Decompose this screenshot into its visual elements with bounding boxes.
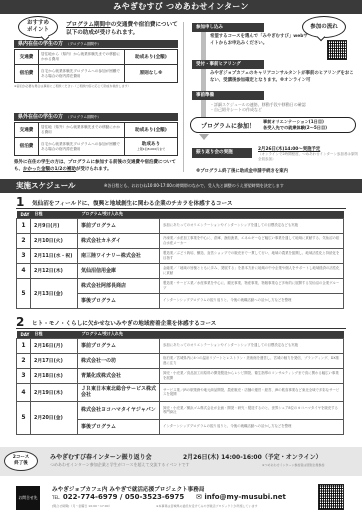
grant-value-note: 上限1泊8,000円まで xyxy=(127,147,175,152)
flow-step-prep: 事前準備 xyxy=(192,91,264,100)
review-banner-title: みやぎむすび春インターン振り返り会 xyxy=(50,452,152,461)
grant-desc: 自宅から就業体験先プログラムへの参加が困難である場合の宿内滞在費用 xyxy=(39,138,125,156)
in-pref-table: 交通費 居住地から（県内）から就業体験先までの移動にかかる費用 助成あり(全額)… xyxy=(14,49,178,83)
col-day: DAY xyxy=(17,331,31,338)
cell-date: 2月20日(金) xyxy=(31,401,78,434)
cell-day: 2 xyxy=(17,353,31,368)
cell-desc: 参加にあたってのオリエンテーションやインターンシップを通しての目標設定なども実施 xyxy=(160,338,344,353)
grant-key: 交通費 xyxy=(15,50,39,65)
course-2-title: 2 ヒト・モノ・くらしに欠かせないみやぎの地域密着企業を体感するコース xyxy=(16,317,346,329)
course-end-cloud: 2コース 終了後 xyxy=(4,451,38,471)
cell-program: 事後プログラム xyxy=(78,419,160,434)
cell-day: 1 xyxy=(17,338,31,353)
cell-day: 3 xyxy=(17,248,31,263)
flow-step-hearing: 受付・事前ヒアリング xyxy=(192,60,264,69)
table-row: 宿泊費 自宅から就業体験先プログラムへの参加が困難である場合の宿内滞在費用 原則… xyxy=(15,65,178,83)
cell-desc: 冷凍業／水産加工事業を中心に、倉庫、漁船漁業、エネルギーなど幅広い事業を通して地… xyxy=(160,233,344,248)
contact-mail[interactable]: ✉ info@my-musubi.net xyxy=(196,493,286,501)
page-header-title: みやぎむすび つめあわせインターン xyxy=(0,0,362,14)
contact-tel[interactable]: TEL. 022-774-6979 / 050-3523-6975 xyxy=(52,493,184,501)
cell-desc: 参加にあたってのオリエンテーションやインターンシップを通しての目標設定なども実施 xyxy=(160,218,344,233)
table-row: 3 2月18日(水) 青葉化成株式会社 卸売・小売業／食品加工用原料の開発製造か… xyxy=(17,368,344,383)
table-row: 2 2月10日(火) 株式会社カネダイ 冷凍業／水産加工事業を中心に、倉庫、漁船… xyxy=(17,233,344,248)
contact-org: みやぎジョブカフェ内 みやぎで就活応援プロジェクト事務局 xyxy=(52,485,204,493)
cell-desc: インターンシッププログラムの振り返りと、今後の就職活動への活かし方などを整理 xyxy=(160,419,344,434)
cell-program: 南三陸ワイナリー株式会社 xyxy=(78,248,160,263)
cell-program: 株式会社一の坊 xyxy=(78,353,160,368)
cell-date: 2月10日(火) xyxy=(31,233,78,248)
col-desc xyxy=(160,331,344,338)
table-row: 4 2月12日(木) 気仙沼信用金庫 金融業／「地域の皆様とともに歩み、発展する… xyxy=(17,263,344,278)
cell-program: 株式会社カネダイ xyxy=(78,233,160,248)
table-row: 4 2月19日(木) ＪＲ東日本東北総合サービス株式会社 サービス業／JRの駅業… xyxy=(17,383,344,401)
table-row: 交通費 居住地から（県内）から就業体験先までの移動にかかる費用 助成あり(全額) xyxy=(15,50,178,65)
table-row: 1 2月16日(月) 事前プログラム 参加にあたってのオリエンテーションやインタ… xyxy=(17,338,344,353)
cell-desc: 製造業／ぶどう栽培、醸造、直営ショップでの販売まで一貫して行い、地域の農業を振興… xyxy=(160,248,344,263)
out-pref-table: 交通費 居住地（県外）から就業体験先までの移動にかかる費用 助成あり(全額) 宿… xyxy=(14,122,178,156)
grant-key: 宿泊費 xyxy=(15,138,39,156)
cell-desc: 卸売・小売業／横浜ゴム株式会社が企画・開発・研究・製造するのと、世界シェア8位の… xyxy=(160,401,344,419)
flow-step-review: 振り返り会の実施 xyxy=(192,148,252,158)
cell-date: 2月11日(水・祝) xyxy=(31,248,78,263)
cell-date: 2月19日(木) xyxy=(31,383,78,401)
grant-value: 助成あり上限1泊8,000円まで xyxy=(125,138,178,156)
table-header-row: DAY 日程 プログラム/受け入れ先 xyxy=(17,211,344,218)
grant-value: 助成あり(全額) xyxy=(125,123,178,138)
join-program-pill: プログラムに参加！ 事前オリエンテーション(1日目) 各受入先での就業体験(2〜… xyxy=(190,117,356,133)
cell-program: 事後プログラム xyxy=(78,293,160,308)
in-pref-heading-note: （プログラム期間中） xyxy=(66,42,101,46)
cloud-line2: 終了後 xyxy=(5,461,37,467)
col-desc xyxy=(160,211,344,218)
out-pref-heading-text: 県外在住の学生の方 xyxy=(18,114,63,120)
flow-step-prep-text: ・詳細スケジュールの連絡、移動手段や移動日の確認 ・自己紹介シートの作成など xyxy=(210,102,356,112)
lead-underlined: プログラム期間中 xyxy=(66,22,111,28)
contact-footnote: ※本事業は宮城県の委託を受けてみやぎ就活プロジェクトが実施しています xyxy=(156,504,257,508)
arrow-down-icon xyxy=(199,134,209,140)
course-1-title: 1 気仙沼をフィールドに、復興と地域創生に関わる企業のチカラを体感するコース xyxy=(16,197,346,209)
cell-program: 青葉化成株式会社 xyxy=(78,368,160,383)
cell-desc: サービス業／JRの駅業務や地元商品開発、農産販売・店舗の運営・経営、JRの飲食事… xyxy=(160,383,344,401)
join-detail-1: 事前オリエンテーション(1日目) xyxy=(263,119,324,124)
flow-connector xyxy=(201,30,206,120)
join-detail-2: 各受入先での就業体験(2〜5日目) xyxy=(263,125,327,130)
table-row: 5 2月13日(金) 株式会社阿部長商店 製造業・サービス業／水産事業を中心に、… xyxy=(17,278,344,293)
cell-date: 2月9日(月) xyxy=(31,218,78,233)
cell-date: 2月13日(金) xyxy=(31,278,78,308)
table-row: 1 2月9日(月) 事前プログラム 参加にあたってのオリエンテーションやインター… xyxy=(17,218,344,233)
cell-program: 気仙沼信用金庫 xyxy=(78,263,160,278)
table-row: 5 2月20日(金) 株式会社ヨコハマタイヤジャパン 卸売・小売業／横浜ゴム株式… xyxy=(17,401,344,419)
review-banner: 2コース 終了後 みやぎむすび春インターン振り返り会 2月26日(木) 14:0… xyxy=(0,447,362,476)
course-number: 2 xyxy=(16,316,24,328)
cell-program: 株式会社阿部長商店 xyxy=(78,278,160,293)
cell-date: 2月16日(月) xyxy=(31,338,78,353)
grant-desc: 自宅から就業体験先プログラムへの参加が困難である場合の宿内滞在費用 xyxy=(39,65,125,83)
recommend-lead: プログラム期間中の交通費や宿泊費について以下の助成が受けられます。 xyxy=(66,21,178,37)
contact-badge: お問合せ先 xyxy=(16,486,40,510)
course-number: 1 xyxy=(16,196,24,208)
cell-desc: インターンシッププログラムの振り返りと、今後の就職活動への活かし方などを整理 xyxy=(160,293,344,308)
course-1-table: DAY 日程 プログラム/受け入れ先 1 2月9日(月) 事前プログラム 参加に… xyxy=(16,211,344,309)
table-row: 3 2月11日(水・祝) 南三陸ワイナリー株式会社 製造業／ぶどう栽培、醸造、直… xyxy=(17,248,344,263)
cell-day: 4 xyxy=(17,263,31,278)
contact-footer: お問合せ先 みやぎジョブカフェ内 みやぎで就活応援プロジェクト事務局 TEL. … xyxy=(0,482,362,514)
in-pref-heading-text: 県内在住の学生の方 xyxy=(18,41,63,47)
course-title-text: 気仙沼をフィールドに、復興と地域創生に関わる企業のチカラを体感するコース xyxy=(32,199,232,207)
cell-desc: 卸売・小売業／食品加工用原料の開発製造からレシピ開発、衛生指導のコンサルティング… xyxy=(160,368,344,383)
qr-code-icon[interactable] xyxy=(318,484,344,510)
cell-day: 3 xyxy=(17,368,31,383)
cell-desc: 金融業／「地域の皆様とともに歩み、発展する」を基本方針に地域の中小企業や個人をサ… xyxy=(160,263,344,278)
cell-program: 事前プログラム xyxy=(78,338,160,353)
col-program: プログラム/受け入れ先 xyxy=(78,331,160,338)
cell-date: 2月17日(火) xyxy=(31,353,78,368)
grant-desc: 居住地（県外）から就業体験先までの移動にかかる費用 xyxy=(39,123,125,138)
recommend-bubble-line1: おすすめ xyxy=(27,20,49,27)
cell-day: 1 xyxy=(17,218,31,233)
note-underlined: かかった金額の1/2の補助 xyxy=(23,167,76,172)
in-pref-heading: 県内在住の学生の方（プログラム期間中） xyxy=(14,40,178,48)
recommend-bubble: おすすめ ポイント xyxy=(18,16,58,38)
cell-program: 事前プログラム xyxy=(78,218,160,233)
course-2-table: DAY 日程 プログラム/受け入れ先 1 2月16日(月) 事前プログラム 参加… xyxy=(16,331,344,435)
grant-key: 交通費 xyxy=(15,123,39,138)
mail-address[interactable]: info@my-musubi.net xyxy=(204,493,286,501)
cell-date: 2月12日(木) xyxy=(31,263,78,278)
cell-day: 2 xyxy=(17,233,31,248)
grant-value-text: 助成あり xyxy=(142,142,160,147)
course-title-text: ヒト・モノ・くらしに欠かせないみやぎの地域密着企業を体感するコース xyxy=(32,319,216,327)
col-program: プログラム/受け入れ先 xyxy=(78,211,160,218)
in-pref-note: ※宿泊が必要な場合は事前にご相談ください（ご相談内容に応じて助成を検討します） xyxy=(14,84,178,88)
cell-day: 4 xyxy=(17,383,31,401)
schedule-note: ※各日程とも、おおむね10:00-17:00の時間帯のなかで、受入先と調整のうえ… xyxy=(104,179,284,193)
cell-desc: 製造業・サービス業／水産事業を中心に、観光事業、物産事業、物販事業など多角的に展… xyxy=(160,278,344,293)
flow-step-hearing-text: みやぎジョブカフェのキャリアコンサルタントが事前のヒアリングをおこない、受講後参… xyxy=(210,71,356,84)
contact-hours: [問合せ時間]（月〜金曜日 10:00〜17:00） xyxy=(52,504,112,508)
note-post: が受けられます。 xyxy=(76,167,112,172)
table-header-row: DAY 日程 プログラム/受け入れ先 xyxy=(17,331,344,338)
review-banner-note: ※つめあわせインターン参加者は原則全員参加 xyxy=(262,463,324,467)
column-divider xyxy=(183,22,184,172)
join-program-details: 事前オリエンテーション(1日目) 各受入先での就業体験(2〜5日目) xyxy=(263,119,327,131)
join-program-label: プログラムに参加！ xyxy=(201,121,263,130)
cell-program: ＪＲ東日本東北総合サービス株式会社 xyxy=(78,383,160,401)
cell-desc: 宿泊業／宮城県内に4つの温泉リゾートとレストラン・美術館を運営し、宮城の魅力を発… xyxy=(160,353,344,368)
grant-value: 原則なし※ xyxy=(125,65,178,83)
flow-step-apply: 参加申し込み xyxy=(192,23,264,32)
col-date: 日程 xyxy=(31,331,78,338)
schedule-title: 実施スケジュール xyxy=(16,179,76,193)
flow-review-sub: （オンラインで2時間程度、つめあわせインターン参加者は原則全員参加） xyxy=(258,152,358,162)
review-banner-date: 2月26日(木) 14:00-16:00（予定・オンライン） xyxy=(183,452,322,461)
tel-number[interactable]: 022-774-6979 / 050-3523-6975 xyxy=(63,493,184,501)
table-row: 宿泊費 自宅から就業体験先プログラムへの参加が困難である場合の宿内滞在費用 助成… xyxy=(15,138,178,156)
review-banner-sub: つめあわせインターン参加企業と学生がコースを超えて交流するイベントです xyxy=(50,462,190,468)
col-day: DAY xyxy=(17,211,31,218)
out-pref-heading: 県外在住の学生の方（プログラム期間中） xyxy=(14,113,178,121)
schedule-header: 実施スケジュール ※各日程とも、おおむね10:00-17:00の時間帯のなかで、… xyxy=(0,179,362,193)
tel-label: TEL. xyxy=(52,495,60,500)
grant-key: 宿泊費 xyxy=(15,65,39,83)
grant-value: 助成あり(全額) xyxy=(125,50,178,65)
out-pref-note: 県外に在住の学生の方は、プログラムに参加する前後の交通費や宿泊費についても、かか… xyxy=(14,160,180,173)
col-date: 日程 xyxy=(31,211,78,218)
cell-day: 5 xyxy=(17,401,31,434)
cell-date: 2月18日(水) xyxy=(31,368,78,383)
table-row: 交通費 居住地（県外）から就業体験先までの移動にかかる費用 助成あり(全額) xyxy=(15,123,178,138)
table-row: 2 2月17日(火) 株式会社一の坊 宿泊業／宮城県内に4つの温泉リゾートとレス… xyxy=(17,353,344,368)
flow-bubble-text: 参加の流れ xyxy=(310,24,338,31)
out-pref-heading-note: （プログラム期間中） xyxy=(66,115,101,119)
cell-day: 5 xyxy=(17,278,31,308)
flow-after-note: ※プログラム終了後に助成金申請手続きを案内 xyxy=(196,168,288,174)
qr-code-icon[interactable] xyxy=(327,40,347,60)
flow-step-apply-text: 希望するコースを選んで「みやぎむすび」webサイトからお申込みください。 xyxy=(210,34,310,47)
cell-program: 株式会社ヨコハマタイヤジャパン xyxy=(78,401,160,419)
grant-desc: 居住地から（県内）から就業体験先までの移動にかかる費用 xyxy=(39,50,125,65)
